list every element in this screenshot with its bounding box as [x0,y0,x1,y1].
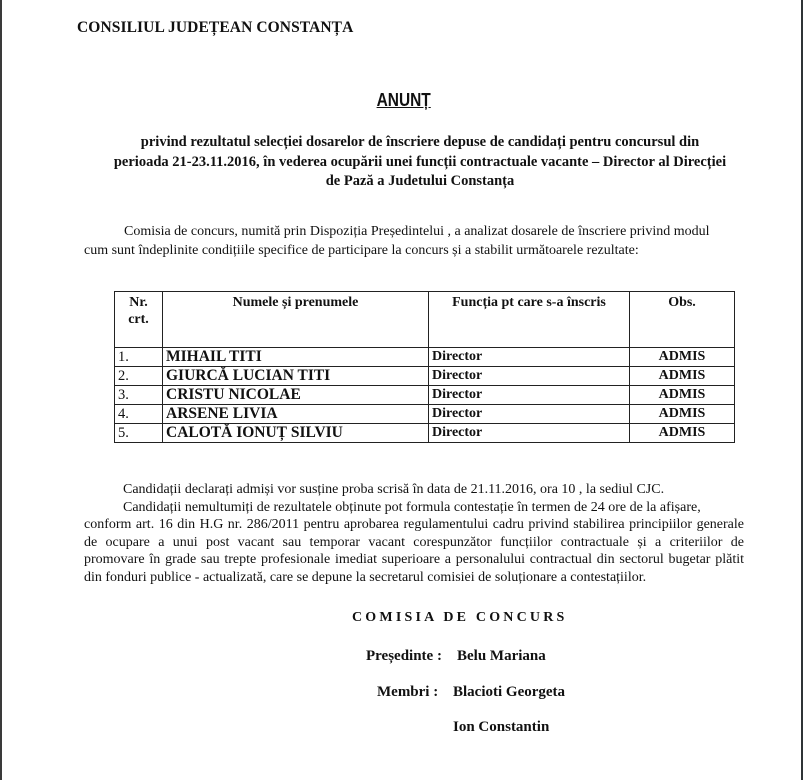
cell-nr: 1. [115,348,163,367]
commission-title: COMISIA DE CONCURS [352,610,568,626]
cell-function: Director [429,405,630,424]
table-row: 4. ARSENE LIVIA Director ADMIS [115,405,735,424]
exam-date-line: Candidații declarați admiși vor susține … [84,481,744,499]
member-signature: Membri :Blacioti Georgeta [377,684,565,701]
cell-obs: ADMIS [630,348,735,367]
subtitle-line: privind rezultatul selecției dosarelor d… [100,133,740,153]
cell-name: ARSENE LIVIA [163,405,429,424]
cell-obs: ADMIS [630,424,735,443]
cell-name: GIURCĂ LUCIAN TITI [163,367,429,386]
cell-name: CRISTU NICOLAE [163,386,429,405]
members-label: Membri : [377,684,453,701]
member-name: Ion Constantin [453,719,549,736]
organization-name: CONSILIUL JUDEȚEAN CONSTANȚA [77,19,353,37]
subtitle-line: perioada 21-23.11.2016, în vederea ocupă… [100,153,740,173]
intro-paragraph: Comisia de concurs, numită prin Dispoziț… [84,222,744,260]
cell-function: Director [429,367,630,386]
table-row: 1. MIHAIL TITI Director ADMIS [115,348,735,367]
subtitle-line: de Pază a Judetului Constanța [100,172,740,192]
intro-line: cum sunt îndeplinite condițiile specific… [84,241,744,260]
cell-obs: ADMIS [630,386,735,405]
results-table: Nr.crt. Numele și prenumele Funcția pt c… [114,291,735,443]
contest-line: promovare în grade sau trepte profesiona… [84,551,744,569]
member-name: Blacioti Georgeta [453,684,565,701]
intro-line: Comisia de concurs, numită prin Dispoziț… [84,222,744,241]
table-row: 5. CALOTĂ IONUȚ SILVIU Director ADMIS [115,424,735,443]
member-signature: Ion Constantin [453,719,549,736]
table-row: 2. GIURCĂ LUCIAN TITI Director ADMIS [115,367,735,386]
document-title: ANUNȚ [58,90,749,111]
cell-name: MIHAIL TITI [163,348,429,367]
cell-obs: ADMIS [630,367,735,386]
contest-line: Candidații nemultumiți de rezultatele ob… [84,499,744,517]
cell-nr: 4. [115,405,163,424]
table-row: 3. CRISTU NICOLAE Director ADMIS [115,386,735,405]
cell-nr: 3. [115,386,163,405]
header-function: Funcția pt care s-a înscris [429,292,630,348]
president-signature: Președinte :Belu Mariana [366,648,546,665]
table-header-row: Nr.crt. Numele și prenumele Funcția pt c… [115,292,735,348]
header-name: Numele și prenumele [163,292,429,348]
cell-nr: 5. [115,424,163,443]
cell-function: Director [429,424,630,443]
cell-function: Director [429,348,630,367]
contest-line: conform art. 16 din H.G nr. 286/2011 pen… [84,516,744,534]
contest-line: de ocupare a unui post vacant sau tempor… [84,534,744,552]
cell-name: CALOTĂ IONUȚ SILVIU [163,424,429,443]
document-subtitle: privind rezultatul selecției dosarelor d… [100,133,740,192]
left-window-border [0,0,2,780]
header-nr: Nr.crt. [115,292,163,348]
president-label: Președinte : [366,648,457,665]
contest-line: din fonduri publice - actualizată, care … [84,569,744,587]
cell-function: Director [429,386,630,405]
cell-obs: ADMIS [630,405,735,424]
cell-nr: 2. [115,367,163,386]
header-obs: Obs. [630,292,735,348]
results-paragraph: Candidații declarați admiși vor susține … [84,481,744,586]
president-name: Belu Mariana [457,648,546,665]
